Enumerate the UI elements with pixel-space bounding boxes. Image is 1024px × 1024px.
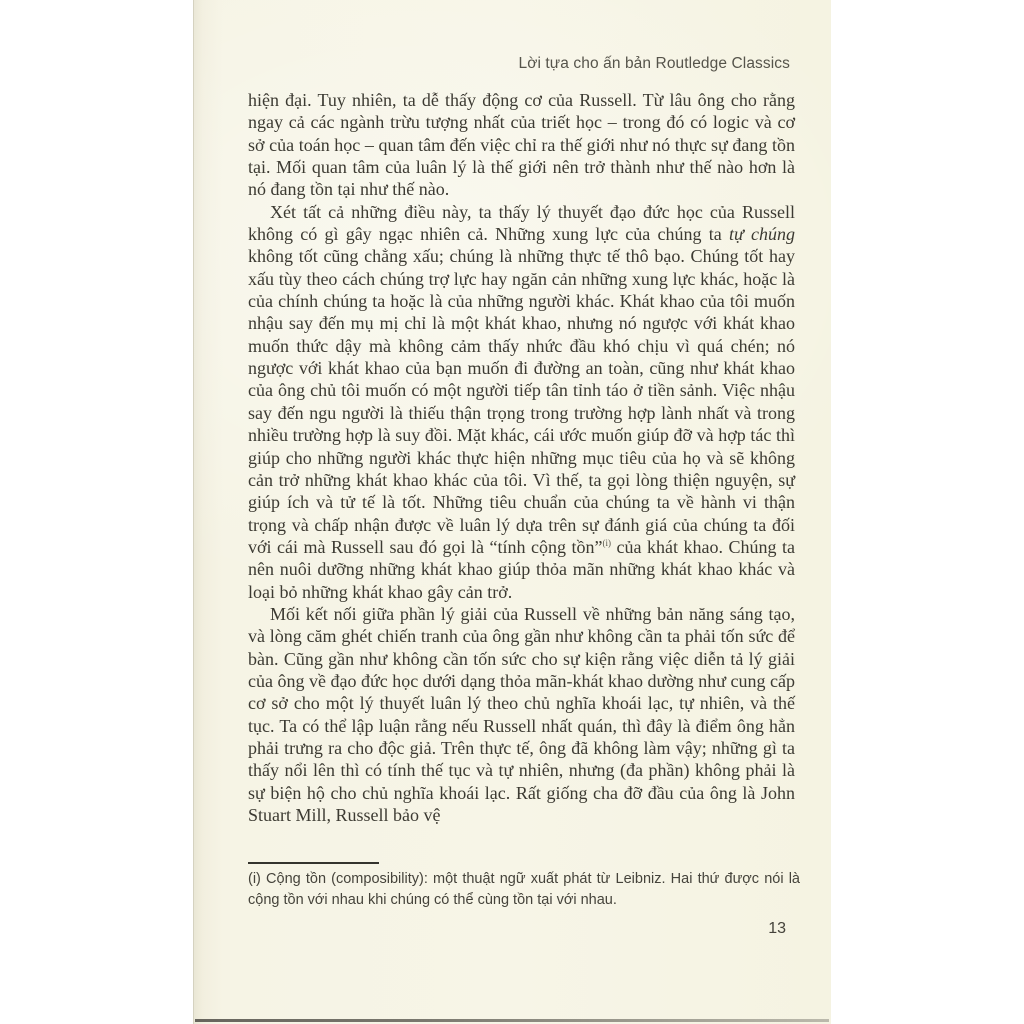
running-header: Lời tựa cho ấn bản Routledge Classics — [248, 55, 790, 73]
paragraph: Xét tất cả những điều này, ta thấy lý th… — [248, 201, 795, 603]
footnote-rule — [248, 862, 379, 864]
page-bottom-edge — [195, 1019, 829, 1022]
paragraph: Mối kết nối giữa phần lý giải của Russel… — [248, 603, 795, 826]
scan-background: Lời tựa cho ấn bản Routledge Classics hi… — [0, 0, 1024, 1024]
page-number: 13 — [248, 920, 786, 938]
footnote-text: (i) Cộng tồn (composibility): một thuật … — [248, 869, 800, 911]
paragraph: hiện đại. Tuy nhiên, ta dễ thấy động cơ … — [248, 89, 795, 201]
body-text: hiện đại. Tuy nhiên, ta dễ thấy động cơ … — [248, 89, 795, 826]
book-page: Lời tựa cho ấn bản Routledge Classics hi… — [193, 0, 831, 1024]
